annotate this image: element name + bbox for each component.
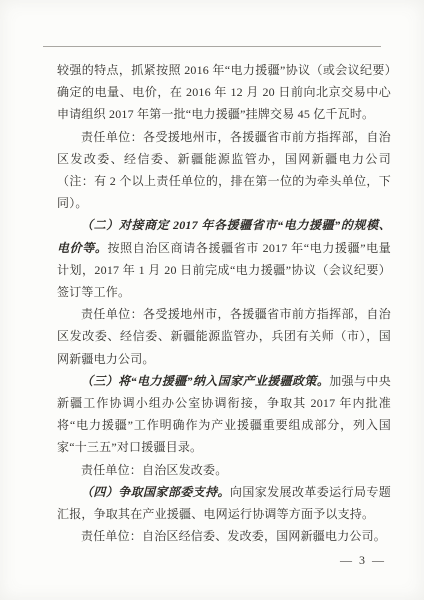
header-rule: [43, 46, 381, 47]
text-run: 责任单位：自治区经信委、发改委，国网新疆电力公司。: [81, 529, 386, 543]
paragraph: 责任单位：自治区发改委。: [57, 459, 391, 481]
page-number: — 3 —: [57, 549, 391, 571]
text-run: 责任单位：各受援地州市，各援疆省市前方指挥部，自治区发改委、经信委、新疆能源监管…: [57, 130, 391, 211]
paragraph: 责任单位：自治区经信委、发改委，国网新疆电力公司。: [57, 525, 391, 547]
document-page: 较强的特点，抓紧按照 2016 年“电力援疆”协议（或会议纪要）确定的电量、电价…: [0, 0, 424, 600]
text-run: 按照自治区商请各援疆省市 2017 年“电力援疆”电量计划，2017 年 1 月…: [57, 241, 391, 299]
paragraph: （四）争取国家部委支持。向国家发展改革委运行局专题汇报，争取其在产业援疆、电网运…: [57, 481, 391, 525]
paragraph: 较强的特点，抓紧按照 2016 年“电力援疆”协议（或会议纪要）确定的电量、电价…: [57, 59, 391, 126]
text-run: 责任单位：各受援地州市，各援疆省市前方指挥部，自治区发改委、经信委、新疆能源监管…: [57, 307, 391, 365]
paragraph: （二）对接商定 2017 年各援疆省市“电力援疆”的规模、电价等。按照自治区商请…: [57, 214, 391, 303]
text-run: 较强的特点，抓紧按照 2016 年“电力援疆”协议（或会议纪要）确定的电量、电价…: [57, 63, 391, 121]
text-run: 责任单位：自治区发改委。: [81, 463, 227, 477]
emphasis-text-run: （四）争取国家部委支持。: [81, 485, 230, 499]
paragraph: （三）将“电力援疆”纳入国家产业援疆政策。加强与中央新疆工作协调小组办公室协调衔…: [57, 370, 391, 459]
emphasis-text-run: （三）将“电力援疆”纳入国家产业援疆政策。: [81, 374, 329, 388]
body-text: 较强的特点，抓紧按照 2016 年“电力援疆”协议（或会议纪要）确定的电量、电价…: [57, 59, 391, 572]
paragraph: 责任单位：各受援地州市，各援疆省市前方指挥部，自治区发改委、经信委、新疆能源监管…: [57, 303, 391, 370]
paragraph: 责任单位：各受援地州市，各援疆省市前方指挥部，自治区发改委、经信委、新疆能源监管…: [57, 126, 391, 215]
